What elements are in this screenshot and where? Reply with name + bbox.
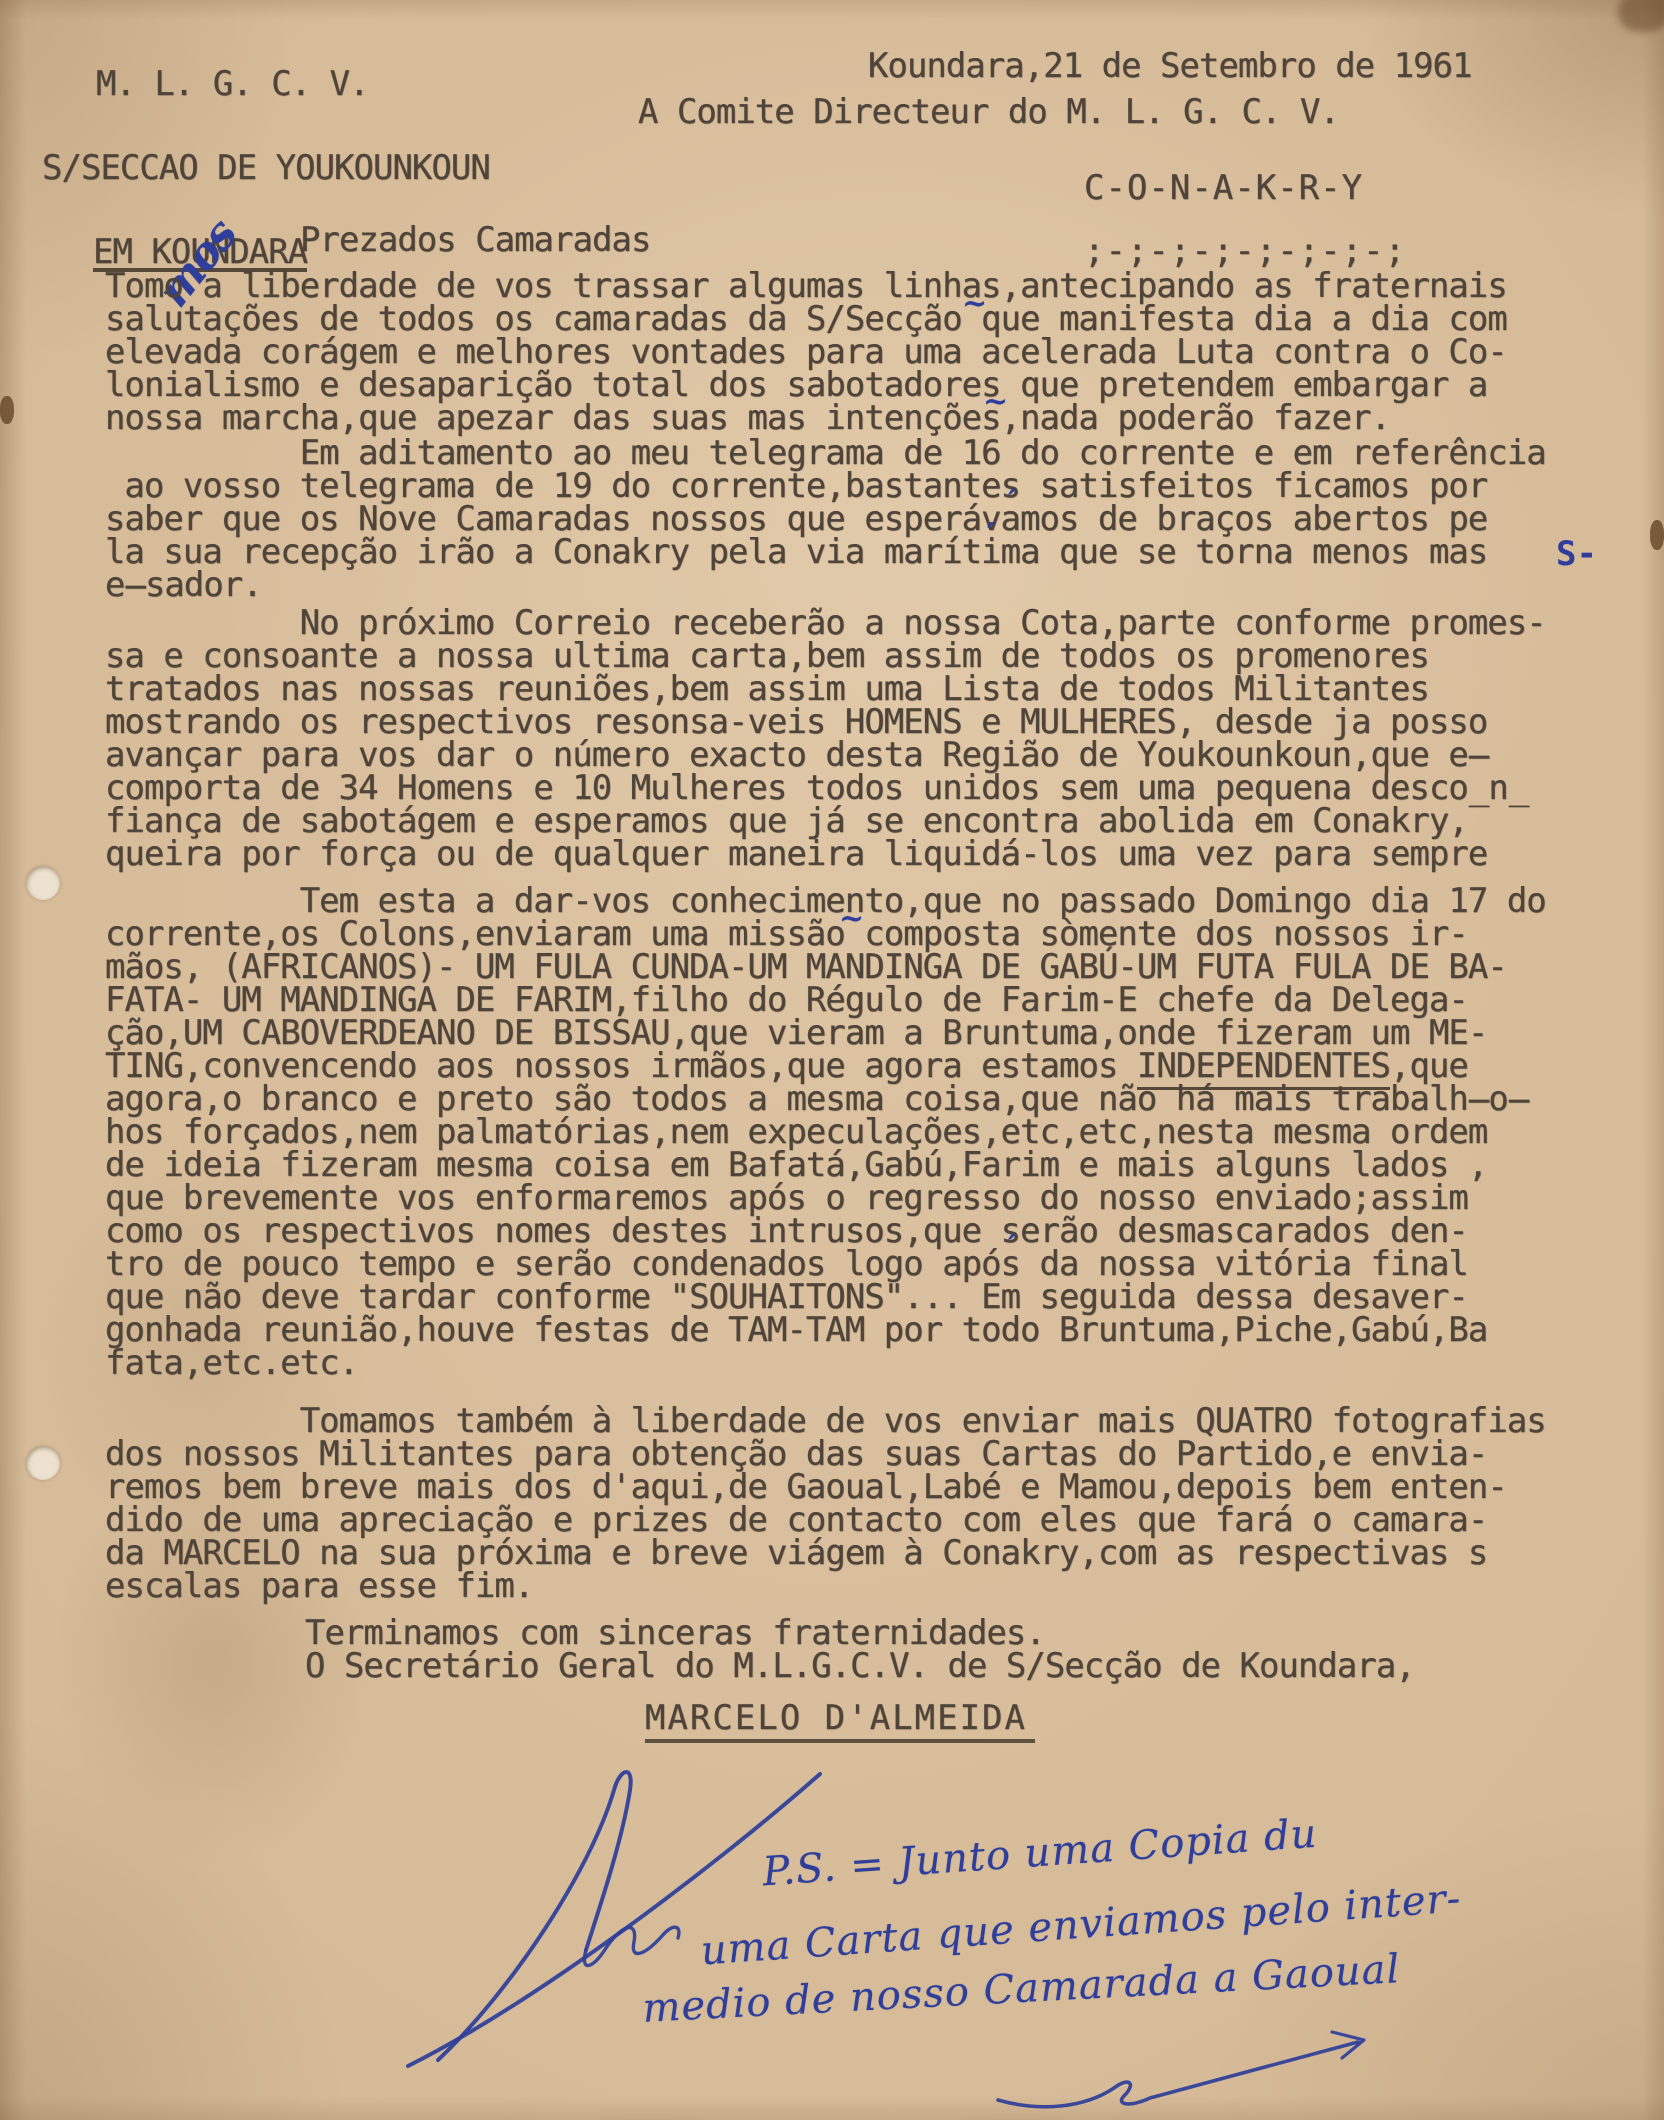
paragraph-5: Tomamos também à liberdade de vos enviar… bbox=[105, 1405, 1546, 1603]
paragraph-2: Em aditamento ao meu telegrama de 16 do … bbox=[105, 437, 1546, 602]
punch-hole-top bbox=[26, 866, 60, 900]
pen-accent-mark: ´ bbox=[1003, 1231, 1018, 1266]
closing-title: O Secretário Geral do M.L.G.C.V. de S/Se… bbox=[305, 1650, 1415, 1683]
pen-accent-mark: ´ bbox=[1003, 486, 1018, 521]
paragraph-3: No próximo Correio receberão a nossa Cot… bbox=[105, 607, 1546, 871]
salutation: Prezados Camaradas bbox=[300, 224, 650, 257]
paragraph-1: Tomo a liberdade de vos trassar algumas … bbox=[105, 270, 1507, 435]
punch-hole-bottom bbox=[26, 1446, 60, 1480]
dateline: Koundara,21 de Setembro de 1961 bbox=[868, 50, 1472, 83]
pen-accent-mark: ~ bbox=[839, 901, 864, 936]
corner-stain-top-right bbox=[1618, 0, 1664, 32]
pen-accent-mark: ~ bbox=[962, 286, 987, 321]
letterhead-section: S/SECCAO DE YOUKOUNKOUN bbox=[42, 154, 490, 182]
paragraph-4-part1: Tem esta a dar-vos conhecimento,que no p… bbox=[105, 885, 1546, 1050]
addressee: A Comite Directeur do M. L. G. C. V. bbox=[638, 96, 1339, 129]
edge-stain-right bbox=[1650, 520, 1664, 550]
edge-stain-left bbox=[0, 396, 14, 424]
paragraph-4-part2: agora,o branco e preto são todos a mesma… bbox=[105, 1083, 1528, 1380]
scanned-letter-page: M. L. G. C. V. S/SECCAO DE YOUKOUNKOUN E… bbox=[0, 0, 1664, 2120]
pen-accent-mark: ~ bbox=[983, 384, 1008, 419]
city-name: C-O-N-A-K-R-Y bbox=[1084, 178, 1406, 199]
city-underline-row: ;-;-;-;-;-;-;-; bbox=[1084, 241, 1406, 262]
ink-signature-postscript bbox=[980, 2016, 1400, 2116]
handwritten-s-correction: S- bbox=[1556, 534, 1597, 574]
signature-name-typed: MARCELO D'ALMEIDA bbox=[645, 1702, 1035, 1743]
letterhead-org: M. L. G. C. V. bbox=[96, 70, 490, 98]
pen-accent-mark: ´ bbox=[982, 519, 997, 554]
